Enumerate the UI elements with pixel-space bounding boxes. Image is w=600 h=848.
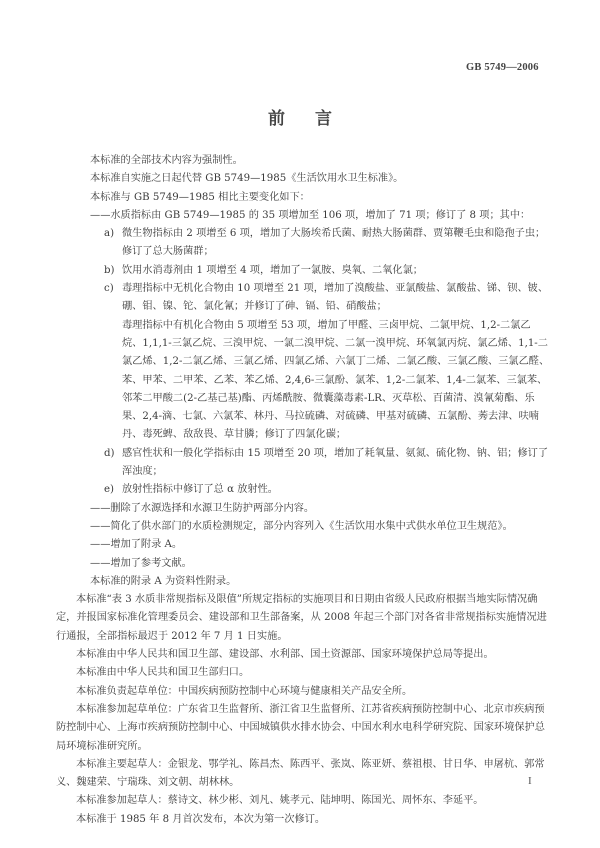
- item-text: 放射性指标中修订了总 α 放射性。: [122, 481, 550, 499]
- item-text: 微生物指标由 2 项增至 6 项，增加了大肠埃希氏菌、耐热大肠菌群、贾第鞭毛虫和…: [122, 225, 550, 262]
- intro-line-1: 本标准的全部技术内容为强制性。: [90, 152, 550, 170]
- paragraph-main-drafters: 本标准主要起草人：金银龙、鄂学礼、陈昌杰、陈西平、张岚、陈亚妍、蔡祖根、甘日华、…: [56, 756, 550, 793]
- item-marker: c): [104, 280, 114, 298]
- paragraph-participating-units: 本标准参加起草单位：广东省卫生监督所、浙江省卫生监督所、江苏省疾病预防控制中心、…: [56, 701, 550, 756]
- page-number: I: [528, 775, 532, 787]
- item-marker: d): [104, 445, 115, 463]
- item-extra-text: 毒理指标中有机化合物由 5 项增至 53 项，增加了甲醛、三卤甲烷、二氯甲烷、1…: [122, 317, 550, 445]
- document-body: 本标准的全部技术内容为强制性。 本标准自实施之日起代替 GB 5749—1985…: [90, 152, 550, 829]
- change-item-a: a) 微生物指标由 2 项增至 6 项，增加了大肠埃希氏菌、耐热大肠菌群、贾第鞭…: [90, 225, 550, 262]
- title-char-1: 前: [268, 104, 285, 129]
- change-item-e: e) 放射性指标中修订了总 α 放射性。: [90, 481, 550, 499]
- item-text: 感官性状和一般化学指标由 15 项增至 20 项，增加了耗氧量、氨氮、硫化物、钠…: [122, 445, 550, 482]
- paragraph-centralized-by: 本标准由中华人民共和国卫生部归口。: [56, 664, 550, 682]
- page-title: 前 言: [0, 104, 600, 129]
- title-char-2: 言: [315, 104, 332, 129]
- intro-line-2: 本标准自实施之日起代替 GB 5749—1985《生活饮用水卫生标准》。: [90, 170, 550, 188]
- change-item-c: c) 毒理指标中无机化合物由 10 项增至 21 项，增加了溴酸盐、亚氯酸盐、氯…: [90, 280, 550, 445]
- change-other-4: ——增加了参考文献。: [90, 555, 550, 573]
- paragraph-appendix: 本标准的附录 A 为资料性附录。: [90, 573, 550, 591]
- item-marker: b): [104, 262, 115, 280]
- item-marker: a): [104, 225, 114, 243]
- change-other-3: ——增加了附录 A。: [90, 536, 550, 554]
- change-item-d: d) 感官性状和一般化学指标由 15 项增至 20 项，增加了耗氧量、氨氮、硫化…: [90, 445, 550, 482]
- intro-line-3: 本标准与 GB 5749—1985 相比主要变化如下：: [90, 189, 550, 207]
- paragraph-history: 本标准于 1985 年 8 月首次发布，本次为第一次修订。: [56, 811, 550, 829]
- item-text: 饮用水消毒剂由 1 项增至 4 项，增加了一氯胺、臭氧、二氧化氯；: [122, 262, 550, 280]
- change-other-1: ——删除了水源选择和水源卫生防护两部分内容。: [90, 500, 550, 518]
- item-text: 毒理指标中无机化合物由 10 项增至 21 项，增加了溴酸盐、亚氯酸盐、氯酸盐、…: [122, 280, 550, 317]
- paragraph-proposed-by: 本标准由中华人民共和国卫生部、建设部、水利部、国土资源部、国家环境保护总局等提出…: [56, 646, 550, 664]
- standard-number: GB 5749—2006: [466, 62, 539, 73]
- change-main: ——水质指标由 GB 5749—1985 的 35 项增加至 106 项，增加了…: [90, 207, 550, 225]
- paragraph-lead-drafter: 本标准负责起草单位：中国疾病预防控制中心环境与健康相关产品安全所。: [56, 683, 550, 701]
- item-marker: e): [104, 481, 114, 499]
- paragraph-participating-drafters: 本标准参加起草人：蔡诗文、林少彬、刘凡、姚孝元、陆坤明、陈国光、周怀东、李延平。: [56, 792, 550, 810]
- change-other-2: ——简化了供水部门的水质检测规定，部分内容列入《生活饮用水集中式供水单位卫生规范…: [90, 518, 550, 536]
- paragraph-table3: 本标准“表 3 水质非常规指标及限值”所规定指标的实施项目和日期由省级人民政府根…: [56, 591, 550, 646]
- change-item-b: b) 饮用水消毒剂由 1 项增至 4 项，增加了一氯胺、臭氧、二氧化氯；: [90, 262, 550, 280]
